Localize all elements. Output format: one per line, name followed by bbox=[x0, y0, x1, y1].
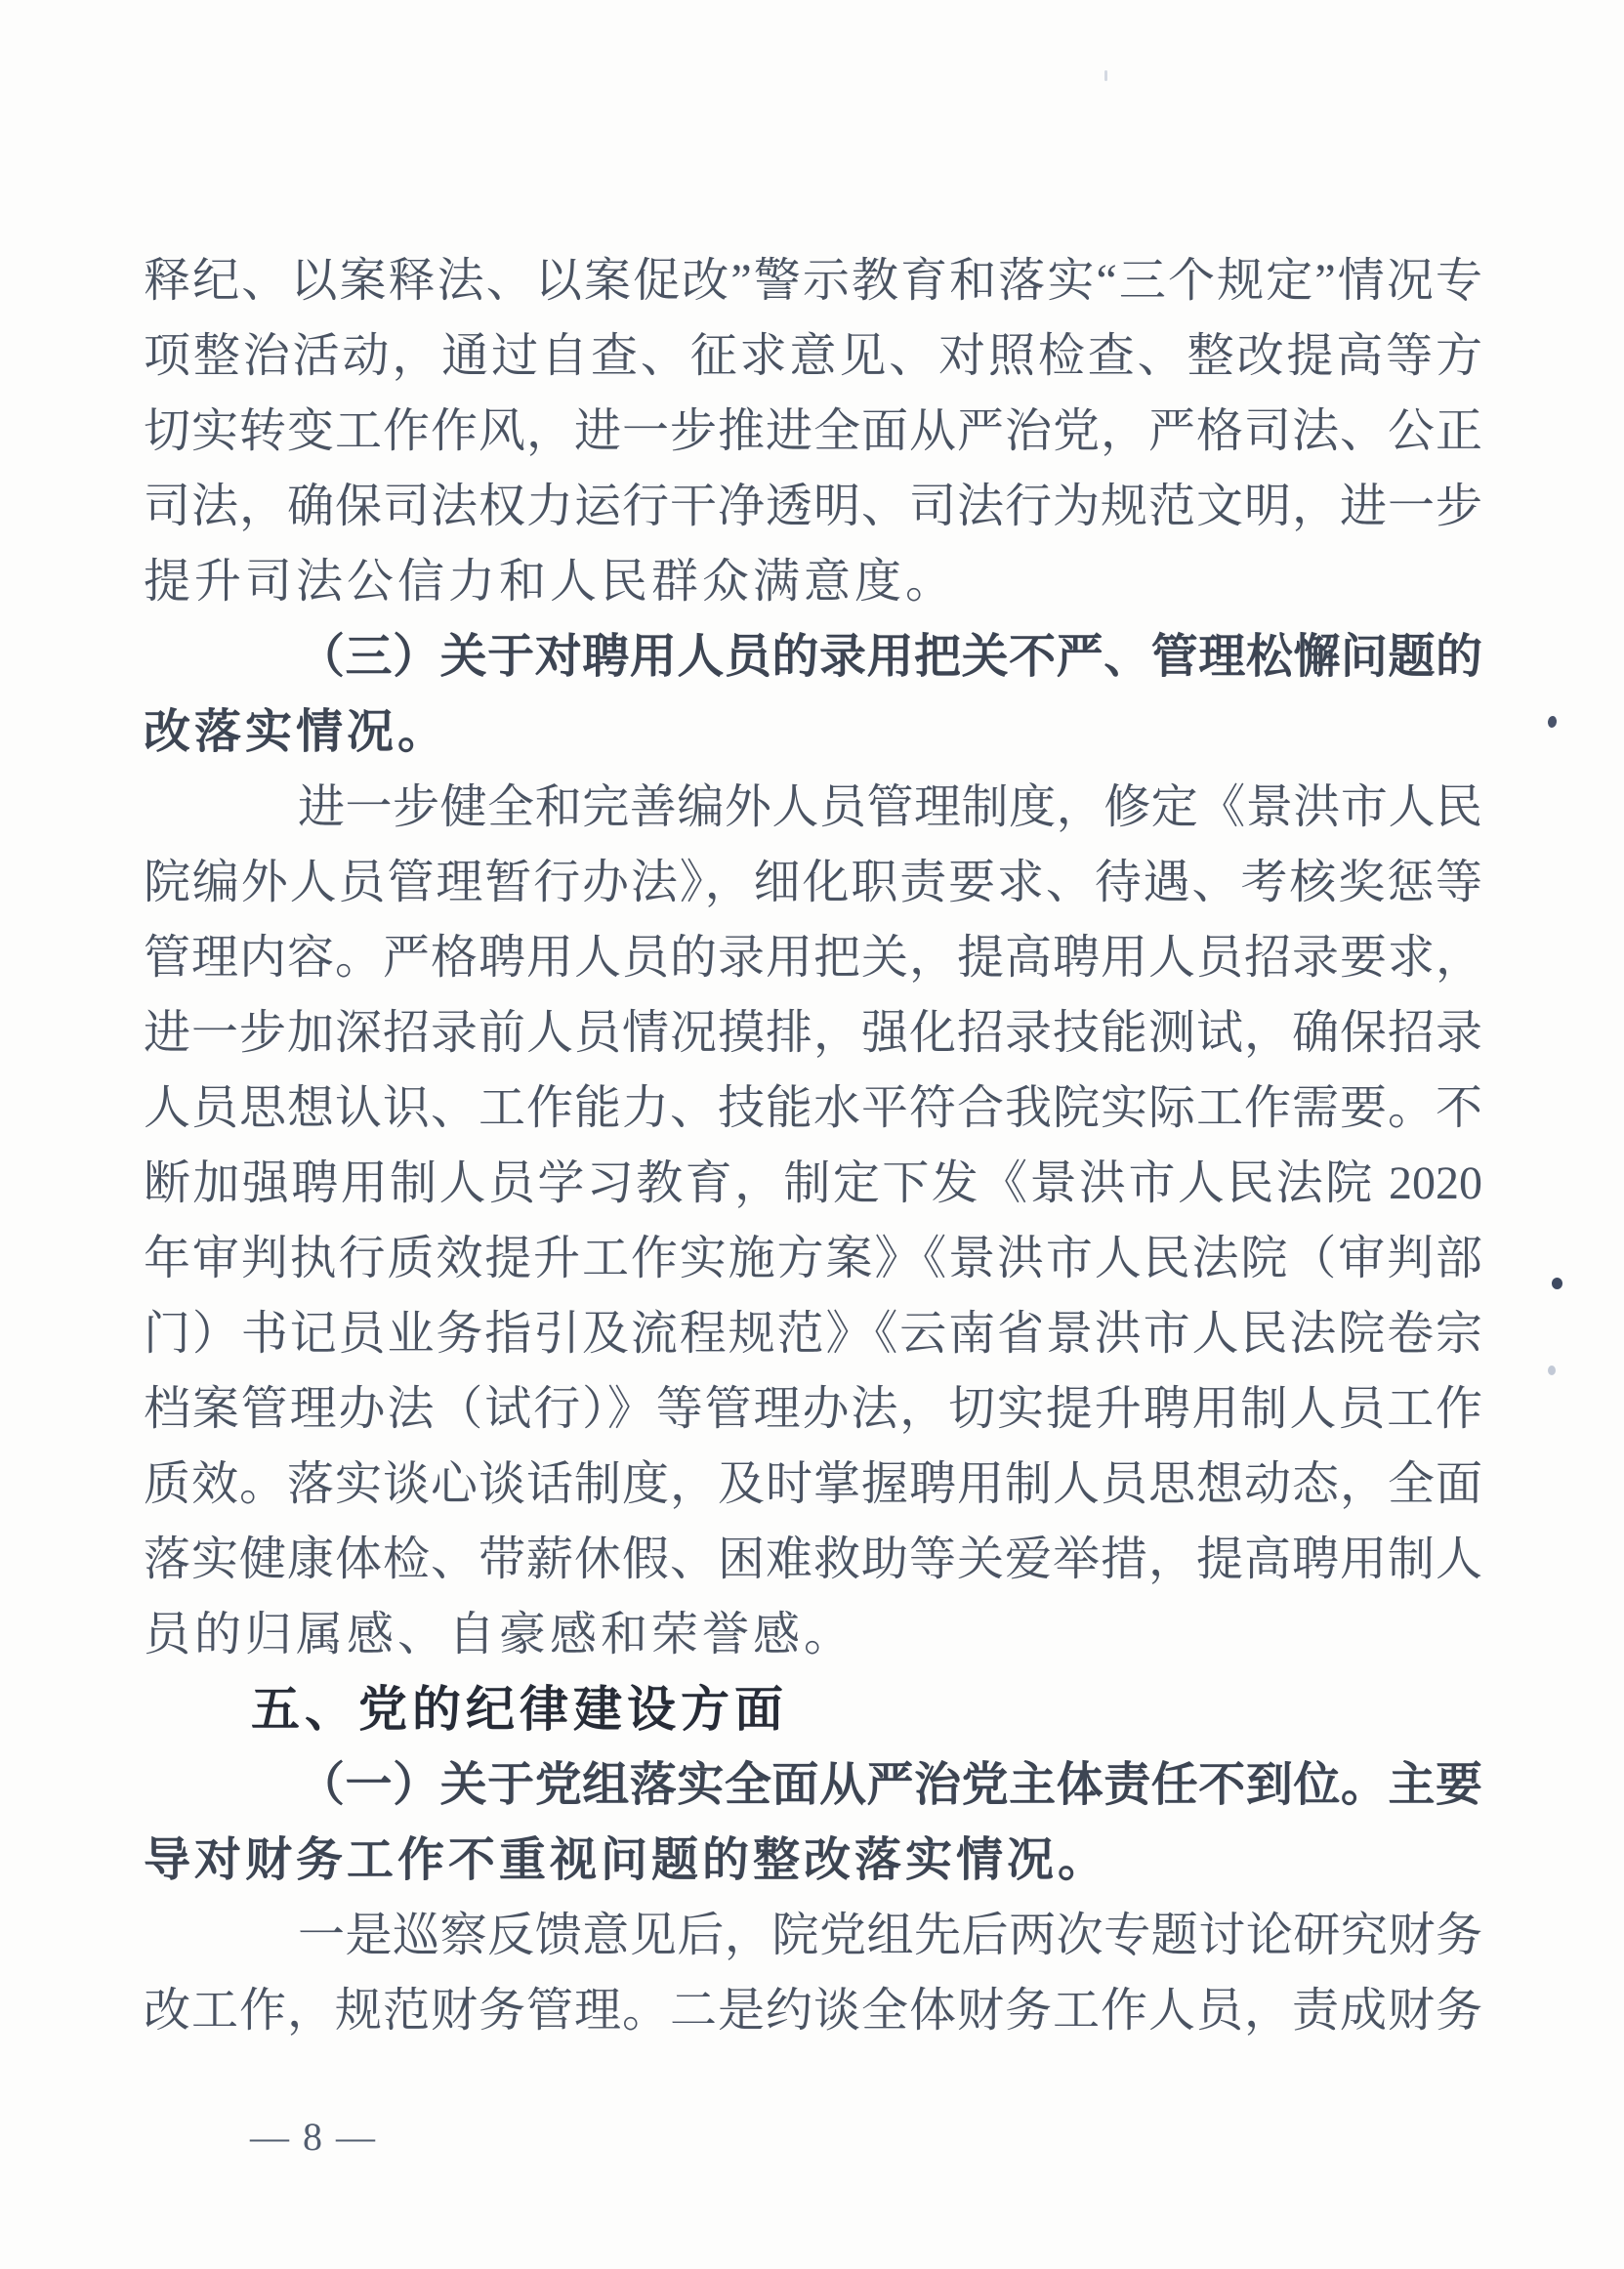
text-line: （三）关于对聘用人员的录用把关不严、管理松懈问题的整 bbox=[144, 619, 1482, 694]
text-line: 员的归属感、自豪感和荣誉感。 bbox=[144, 1597, 1482, 1672]
text-line: 院编外人员管理暂行办法》，细化职责要求、待遇、考核奖惩等 bbox=[144, 845, 1482, 920]
text-line: 落实健康体检、带薪休假、困难救助等关爱举措，提高聘用制人 bbox=[144, 1522, 1482, 1597]
text-line: 释纪、以案释法、以案促改”警示教育和落实“三个规定”情况专 bbox=[144, 243, 1482, 318]
text-line: 提升司法公信力和人民群众满意度。 bbox=[144, 544, 1482, 619]
text-line: 进一步健全和完善编外人员管理制度，修定《景洪市人民法 bbox=[144, 770, 1482, 845]
text-line: （一）关于党组落实全面从严治党主体责任不到位。主要领 bbox=[144, 1747, 1482, 1823]
text-line: 导对财务工作不重视问题的整改落实情况。 bbox=[144, 1823, 1482, 1898]
scan-speck-faint bbox=[1104, 70, 1107, 81]
document-page: 释纪、以案释法、以案促改”警示教育和落实“三个规定”情况专项整治活动，通过自查、… bbox=[0, 0, 1624, 2269]
scan-speck bbox=[1552, 1278, 1562, 1289]
text-line: 项整治活动，通过自查、征求意见、对照检查、整改提高等方式， bbox=[144, 318, 1482, 394]
page-number: — 8 — bbox=[230, 2110, 396, 2164]
scan-speck-faint bbox=[1548, 1366, 1556, 1375]
text-line: 司法，确保司法权力运行干净透明、司法行为规范文明，进一步 bbox=[144, 469, 1482, 544]
text-block: 释纪、以案释法、以案促改”警示教育和落实“三个规定”情况专项整治活动，通过自查、… bbox=[144, 243, 1482, 2048]
scan-speck bbox=[1547, 715, 1558, 728]
text-line: 一是巡察反馈意见后，院党组先后两次专题讨论研究财务整 bbox=[144, 1898, 1482, 1973]
text-line: 档案管理办法（试行）》等管理办法，切实提升聘用制人员工作 bbox=[144, 1371, 1482, 1447]
text-line: 切实转变工作作风，进一步推进全面从严治党，严格司法、公正 bbox=[144, 394, 1482, 469]
text-line: 五、党的纪律建设方面 bbox=[144, 1672, 1482, 1747]
text-line: 进一步加深招录前人员情况摸排，强化招录技能测试，确保招录 bbox=[144, 995, 1482, 1071]
text-line: 改落实情况。 bbox=[144, 694, 1482, 770]
text-line: 门）书记员业务指引及流程规范》《云南省景洪市人民法院卷宗 bbox=[144, 1296, 1482, 1371]
text-line: 改工作，规范财务管理。二是约谈全体财务工作人员，责成财务 bbox=[144, 1973, 1482, 2048]
text-line: 断加强聘用制人员学习教育，制定下发《景洪市人民法院 2020 bbox=[144, 1146, 1482, 1221]
text-line: 人员思想认识、工作能力、技能水平符合我院实际工作需要。不 bbox=[144, 1071, 1482, 1146]
text-line: 年审判执行质效提升工作实施方案》《景洪市人民法院（审判部 bbox=[144, 1221, 1482, 1296]
text-line: 管理内容。严格聘用人员的录用把关，提高聘用人员招录要求， bbox=[144, 920, 1482, 995]
text-line: 质效。落实谈心谈话制度，及时掌握聘用制人员思想动态，全面 bbox=[144, 1447, 1482, 1522]
